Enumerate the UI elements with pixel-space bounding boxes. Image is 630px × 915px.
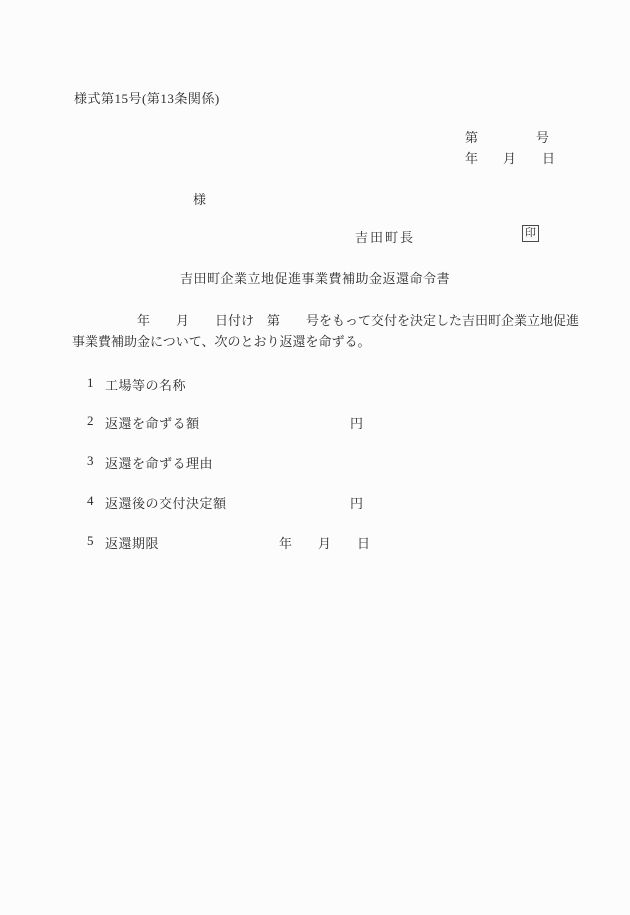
item-row-3: 3 返還を命ずる理由: [0, 453, 630, 471]
item-number: 5: [87, 533, 94, 549]
item-label: 返還後の交付決定額: [105, 493, 227, 512]
addressee-honorific: 様: [193, 189, 206, 208]
item-row-1: 1 工場等の名称: [0, 375, 630, 393]
body-paragraph-line2: 事業費補助金について、次のとおり返還を命ずる。: [72, 331, 370, 350]
doc-number-unit: 号: [536, 127, 549, 146]
item-unit-yen: 円: [350, 413, 363, 432]
sender-line: 吉田町長 印: [0, 227, 630, 245]
document-page: 様式第15号(第13条関係) 第 号 年 月 日 様 吉田町長 印 吉田町企業立…: [0, 0, 630, 915]
item-label: 返還期限: [105, 533, 159, 552]
date-month-label: 月: [503, 148, 516, 167]
document-title: 吉田町企業立地促進事業費補助金返還命令書: [0, 268, 630, 287]
item-number: 1: [87, 375, 94, 391]
item-label: 返還を命ずる額: [105, 413, 200, 432]
form-number: 様式第15号(第13条関係): [74, 88, 220, 107]
doc-number-line: 第 号: [0, 127, 630, 145]
item-unit-yen: 円: [350, 493, 363, 512]
item-label: 返還を命ずる理由: [105, 453, 213, 472]
item-number: 4: [87, 493, 94, 509]
doc-number-prefix: 第: [465, 127, 478, 146]
item-label: 工場等の名称: [105, 375, 186, 394]
item-date-placeholder: 年 月 日: [279, 533, 370, 552]
date-line: 年 月 日: [0, 148, 630, 166]
body-paragraph-line1: 年 月 日付け 第 号をもって交付を決定した吉田町企業立地促進: [72, 310, 579, 329]
item-number: 2: [87, 413, 94, 429]
item-row-4: 4 返還後の交付決定額 円: [0, 493, 630, 511]
item-row-5: 5 返還期限 年 月 日: [0, 533, 630, 551]
date-day-label: 日: [542, 148, 555, 167]
seal-mark: 印: [522, 225, 539, 242]
item-row-2: 2 返還を命ずる額 円: [0, 413, 630, 431]
item-number: 3: [87, 453, 94, 469]
date-year-label: 年: [465, 148, 478, 167]
sender-title: 吉田町長: [355, 227, 415, 246]
